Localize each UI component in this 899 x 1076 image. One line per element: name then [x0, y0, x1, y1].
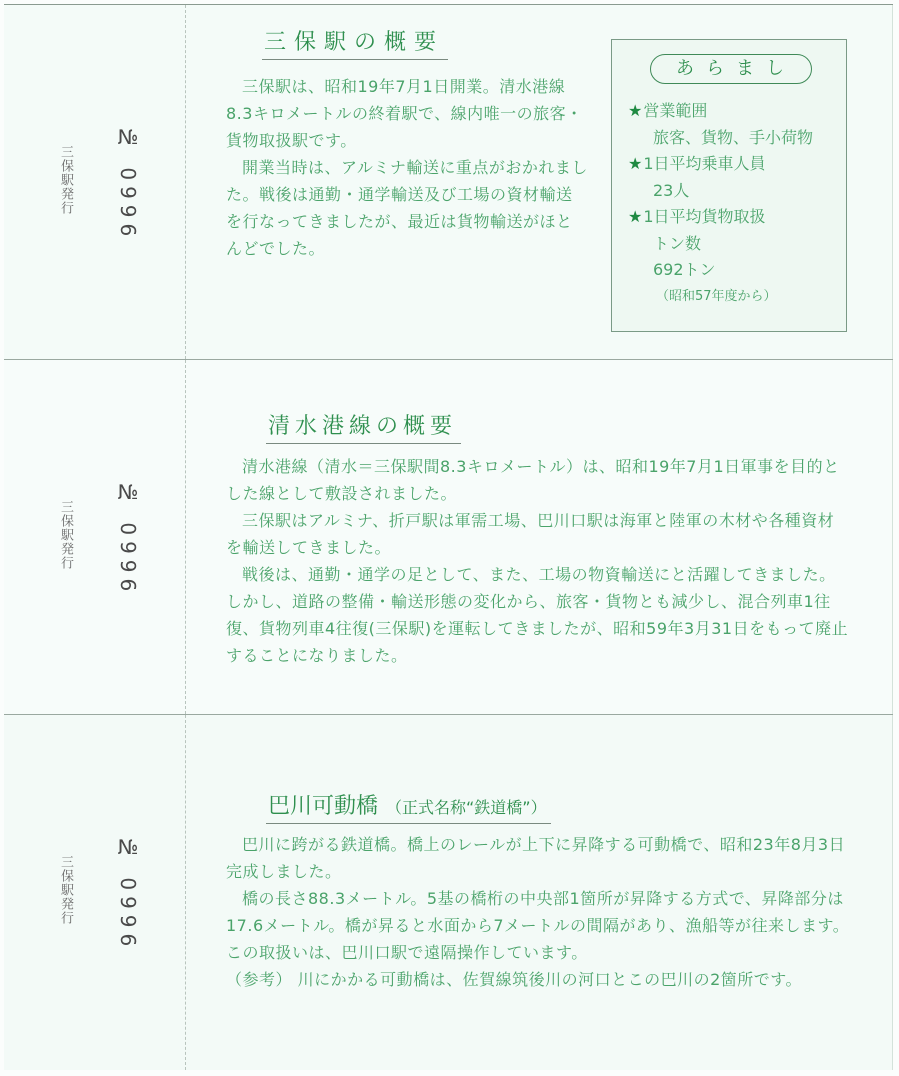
- ticket-shimizu-port-line: № 0996 三保駅発行 清水港線の概要 清水港線（清水＝三保駅間8.3キロメー…: [4, 359, 893, 714]
- summary-value: 旅客、貨物、手小荷物: [628, 125, 813, 152]
- summary-item: ★1日平均乗車人員: [628, 151, 813, 178]
- paragraph: 三保駅はアルミナ、折戸駅は軍需工場、巴川口駅は海軍と陸軍の木材や各種資材を輸送し…: [226, 507, 850, 561]
- ticket-mio-station: № 0996 三保駅発行 三保駅の概要 三保駅は、昭和19年7月1日開業。清水港…: [4, 4, 893, 359]
- summary-value: 692トン: [628, 257, 813, 284]
- section-heading: 三保駅の概要: [262, 25, 448, 60]
- perforation-line: [185, 5, 186, 359]
- ticket-issuer: 三保駅発行: [56, 500, 75, 570]
- summary-label: 1日平均貨物取扱: [643, 207, 765, 226]
- section-heading: 清水港線の概要: [266, 409, 461, 444]
- perforation-line: [185, 360, 186, 714]
- heading-sub: （正式名称“鉄道橋”）: [386, 798, 547, 817]
- ticket-edge: [892, 5, 893, 359]
- ticket-number: № 0996: [116, 125, 140, 242]
- summary-label: 1日平均乗車人員: [643, 154, 765, 173]
- ticket-edge: [892, 360, 893, 714]
- star-icon: ★: [628, 207, 642, 226]
- paragraph: 橋の長さ88.3メートル。5基の橋桁の中央部1箇所が昇降する方式で、昇降部分は1…: [226, 885, 852, 966]
- summary-label: 営業範囲: [643, 101, 707, 120]
- summary-value: 23人: [628, 178, 813, 205]
- ticket-stub: № 0996 三保駅発行: [4, 715, 185, 1070]
- ticket-number: № 0996: [116, 835, 140, 952]
- ticket-number: № 0996: [116, 480, 140, 597]
- ticket-edge: [892, 715, 893, 1070]
- section-heading: 巴川可動橋（正式名称“鉄道橋”）: [266, 789, 551, 824]
- section-body: 巴川に跨がる鉄道橋。橋上のレールが上下に昇降する可動橋で、昭和23年8月3日完成…: [226, 831, 852, 993]
- reference-note: （参考） 川にかかる可動橋は、佐賀線筑後川の河口とこの巴川の2箇所です。: [226, 966, 852, 993]
- summary-item: ★1日平均貨物取扱: [628, 204, 813, 231]
- ticket-stub: № 0996 三保駅発行: [4, 360, 185, 714]
- paragraph: 戦後は、通勤・通学の足として、また、工場の物資輸送にと活躍してきました。しかし、…: [226, 561, 850, 669]
- star-icon: ★: [628, 154, 642, 173]
- paragraph: 開業当時は、アルミナ輸送に重点がおかれました。戦後は通勤・通学輸送及び工場の資材…: [226, 154, 588, 262]
- ticket-tomoegawa-bridge: № 0996 三保駅発行 巴川可動橋（正式名称“鉄道橋”） 巴川に跨がる鉄道橋。…: [4, 714, 893, 1070]
- ticket-issuer: 三保駅発行: [56, 145, 75, 215]
- heading-main: 巴川可動橋: [268, 794, 378, 819]
- star-icon: ★: [628, 101, 642, 120]
- ticket-stub: № 0996 三保駅発行: [4, 5, 185, 359]
- summary-note: （昭和57年度から）: [628, 284, 813, 311]
- summary-box: あらまし ★営業範囲 旅客、貨物、手小荷物 ★1日平均乗車人員 23人 ★1日平…: [611, 39, 847, 332]
- summary-item: ★営業範囲: [628, 98, 813, 125]
- summary-value: トン数: [628, 231, 813, 258]
- paragraph: 巴川に跨がる鉄道橋。橋上のレールが上下に昇降する可動橋で、昭和23年8月3日完成…: [226, 831, 852, 885]
- paragraph: 清水港線（清水＝三保駅間8.3キロメートル）は、昭和19年7月1日軍事を目的とし…: [226, 453, 850, 507]
- paragraph: 三保駅は、昭和19年7月1日開業。清水港線8.3キロメートルの終着駅で、線内唯一…: [226, 73, 588, 154]
- ticket-issuer: 三保駅発行: [56, 855, 75, 925]
- section-body: 三保駅は、昭和19年7月1日開業。清水港線8.3キロメートルの終着駅で、線内唯一…: [226, 73, 588, 262]
- summary-list: ★営業範囲 旅客、貨物、手小荷物 ★1日平均乗車人員 23人 ★1日平均貨物取扱…: [628, 98, 813, 310]
- perforation-line: [185, 715, 186, 1070]
- summary-title: あらまし: [650, 54, 812, 84]
- section-body: 清水港線（清水＝三保駅間8.3キロメートル）は、昭和19年7月1日軍事を目的とし…: [226, 453, 850, 669]
